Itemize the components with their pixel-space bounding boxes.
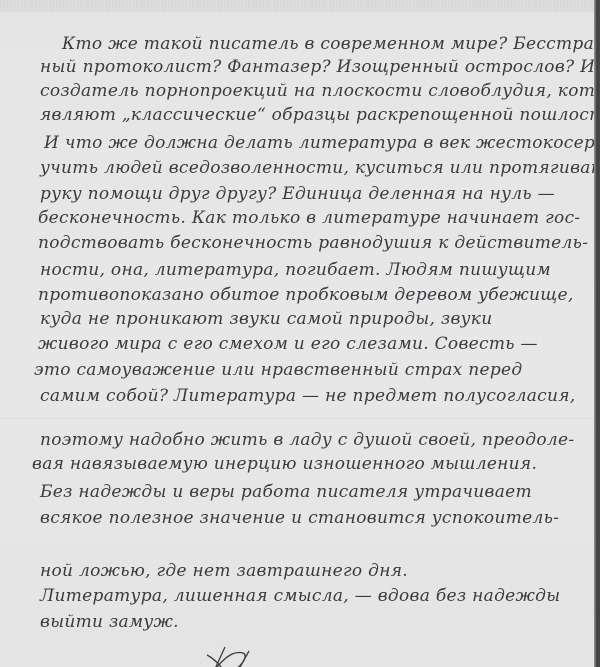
letter-line: выйти замуж.: [40, 614, 179, 631]
letter-line: Литература, лишенная смысла, — вдова без…: [40, 588, 560, 605]
letter-line: поэтому надобно жить в ладу с душой свое…: [40, 432, 574, 449]
letter-line: руку помощи друг другу? Единица деленная…: [40, 186, 555, 203]
letter-line: это самоуважение или нравственный страх …: [34, 362, 522, 379]
letter-line: подствовать бесконечность равнодушия к д…: [38, 235, 588, 252]
letter-line: Кто же такой писатель в современном мире…: [62, 36, 600, 53]
letter-line: всякое полезное значение и становится ус…: [40, 510, 559, 527]
letter-line: учить людей вседозволенности, куситься и…: [40, 160, 600, 177]
letter-line: ности, она, литература, погибает. Людям …: [40, 262, 551, 279]
letter-line: куда не проникают звуки самой природы, з…: [40, 311, 493, 328]
letter-line: являют „классические“ образцы раскрепоще…: [40, 107, 600, 124]
letter-line: живого мира с его смехом и его слезами. …: [38, 336, 538, 353]
letter-line: И что же должна делать литература в век …: [44, 135, 600, 152]
letter-line: ный протоколист? Фантазер? Изощренный ос…: [40, 59, 600, 76]
letter-paper: Кто же такой писатель в современном мире…: [0, 0, 595, 667]
letter-line: Без надежды и веры работа писателя утрач…: [40, 484, 532, 501]
letter-line: противопоказано обитое пробковым деревом…: [38, 287, 574, 304]
letter-line: самим собой? Литература — не предмет пол…: [40, 388, 575, 405]
signature-icon: [205, 645, 265, 667]
scan-edge: [594, 0, 600, 667]
letter-line: создатель порнопроекций на плоскости сло…: [40, 83, 600, 100]
letter-line: бесконечность. Как только в литературе н…: [38, 210, 580, 227]
letter-line: ной ложью, где нет завтрашнего дня.: [40, 563, 408, 580]
paper-fold-line: [0, 417, 595, 419]
letter-line: вая навязываемую инерцию изношенного мыш…: [32, 456, 537, 473]
